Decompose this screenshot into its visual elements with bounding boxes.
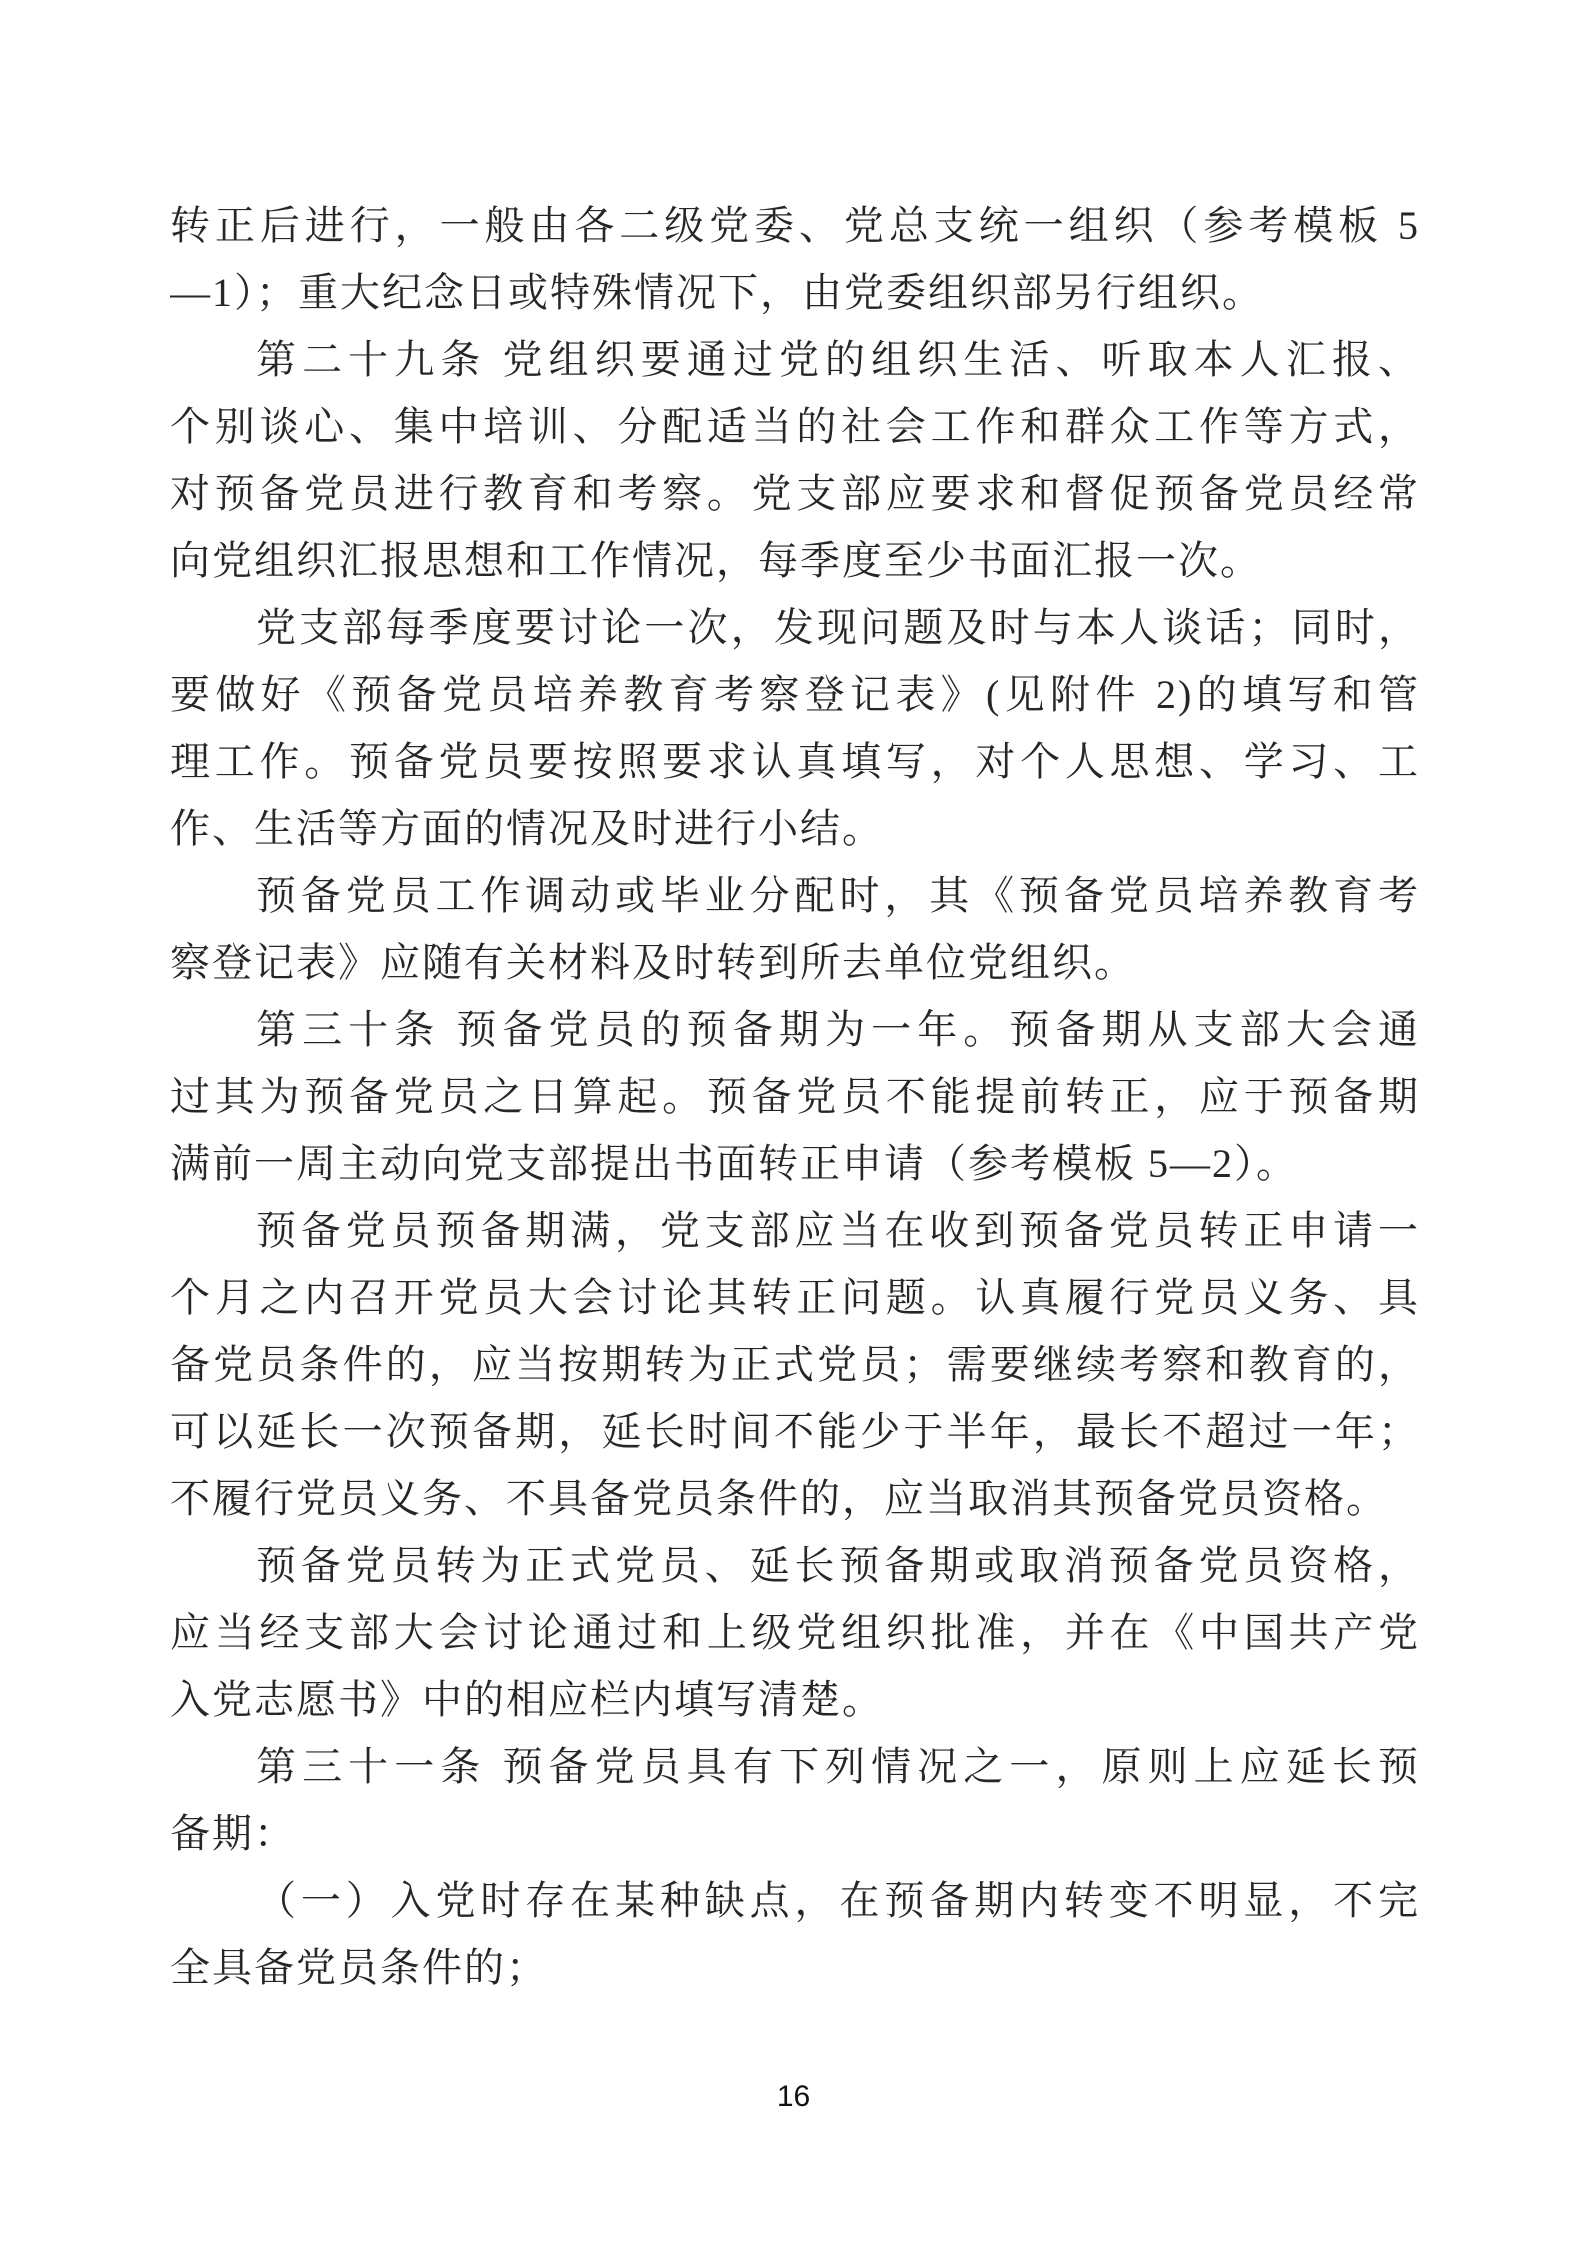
text-line-article-29: 第二十九条 党组织要通过党的组织生活、听取本人汇报、	[170, 326, 1420, 393]
text-line: 可以延长一次预备期，延长时间不能少于半年，最长不超过一年；	[170, 1398, 1420, 1465]
text-line-article-31: 第三十一条 预备党员具有下列情况之一，原则上应延长预	[170, 1733, 1420, 1800]
text-line-item-1: （一）入党时存在某种缺点，在预备期内转变不明显，不完	[170, 1867, 1420, 1934]
text-line: 作、生活等方面的情况及时进行小结。	[170, 795, 1420, 862]
text-line: 过其为预备党员之日算起。预备党员不能提前转正，应于预备期	[170, 1063, 1420, 1130]
text-line: 个月之内召开党员大会讨论其转正问题。认真履行党员义务、具	[170, 1264, 1420, 1331]
text-line: 预备党员转为正式党员、延长预备期或取消预备党员资格，	[170, 1532, 1420, 1599]
document-body: 转正后进行，一般由各二级党委、党总支统一组织（参考模板 5 —1）；重大纪念日或…	[170, 192, 1420, 2001]
text-line: 预备党员预备期满，党支部应当在收到预备党员转正申请一	[170, 1197, 1420, 1264]
text-line: 察登记表》应随有关材料及时转到所去单位党组织。	[170, 929, 1420, 996]
text-line: 全具备党员条件的；	[170, 1934, 1420, 2001]
text-line: 满前一周主动向党支部提出书面转正申请（参考模板 5—2）。	[170, 1130, 1420, 1197]
text-line: 理工作。预备党员要按照要求认真填写，对个人思想、学习、工	[170, 728, 1420, 795]
text-line: 向党组织汇报思想和工作情况，每季度至少书面汇报一次。	[170, 527, 1420, 594]
text-line: 转正后进行，一般由各二级党委、党总支统一组织（参考模板 5	[170, 192, 1420, 259]
text-line: 党支部每季度要讨论一次，发现问题及时与本人谈话；同时，	[170, 594, 1420, 661]
document-page: 转正后进行，一般由各二级党委、党总支统一组织（参考模板 5 —1）；重大纪念日或…	[0, 0, 1587, 2245]
text-line: 要做好《预备党员培养教育考察登记表》(见附件 2)的填写和管	[170, 661, 1420, 728]
text-line: 预备党员工作调动或毕业分配时，其《预备党员培养教育考	[170, 862, 1420, 929]
text-line: 备期：	[170, 1800, 1420, 1867]
text-line: 不履行党员义务、不具备党员条件的，应当取消其预备党员资格。	[170, 1465, 1420, 1532]
text-line: 入党志愿书》中的相应栏内填写清楚。	[170, 1666, 1420, 1733]
text-line: 备党员条件的，应当按期转为正式党员；需要继续考察和教育的，	[170, 1331, 1420, 1398]
text-line: —1）；重大纪念日或特殊情况下，由党委组织部另行组织。	[170, 259, 1420, 326]
text-line: 个别谈心、集中培训、分配适当的社会工作和群众工作等方式，	[170, 393, 1420, 460]
text-line: 对预备党员进行教育和考察。党支部应要求和督促预备党员经常	[170, 460, 1420, 527]
text-line: 应当经支部大会讨论通过和上级党组织批准，并在《中国共产党	[170, 1599, 1420, 1666]
page-number: 16	[0, 2080, 1587, 2114]
text-line-article-30: 第三十条 预备党员的预备期为一年。预备期从支部大会通	[170, 996, 1420, 1063]
